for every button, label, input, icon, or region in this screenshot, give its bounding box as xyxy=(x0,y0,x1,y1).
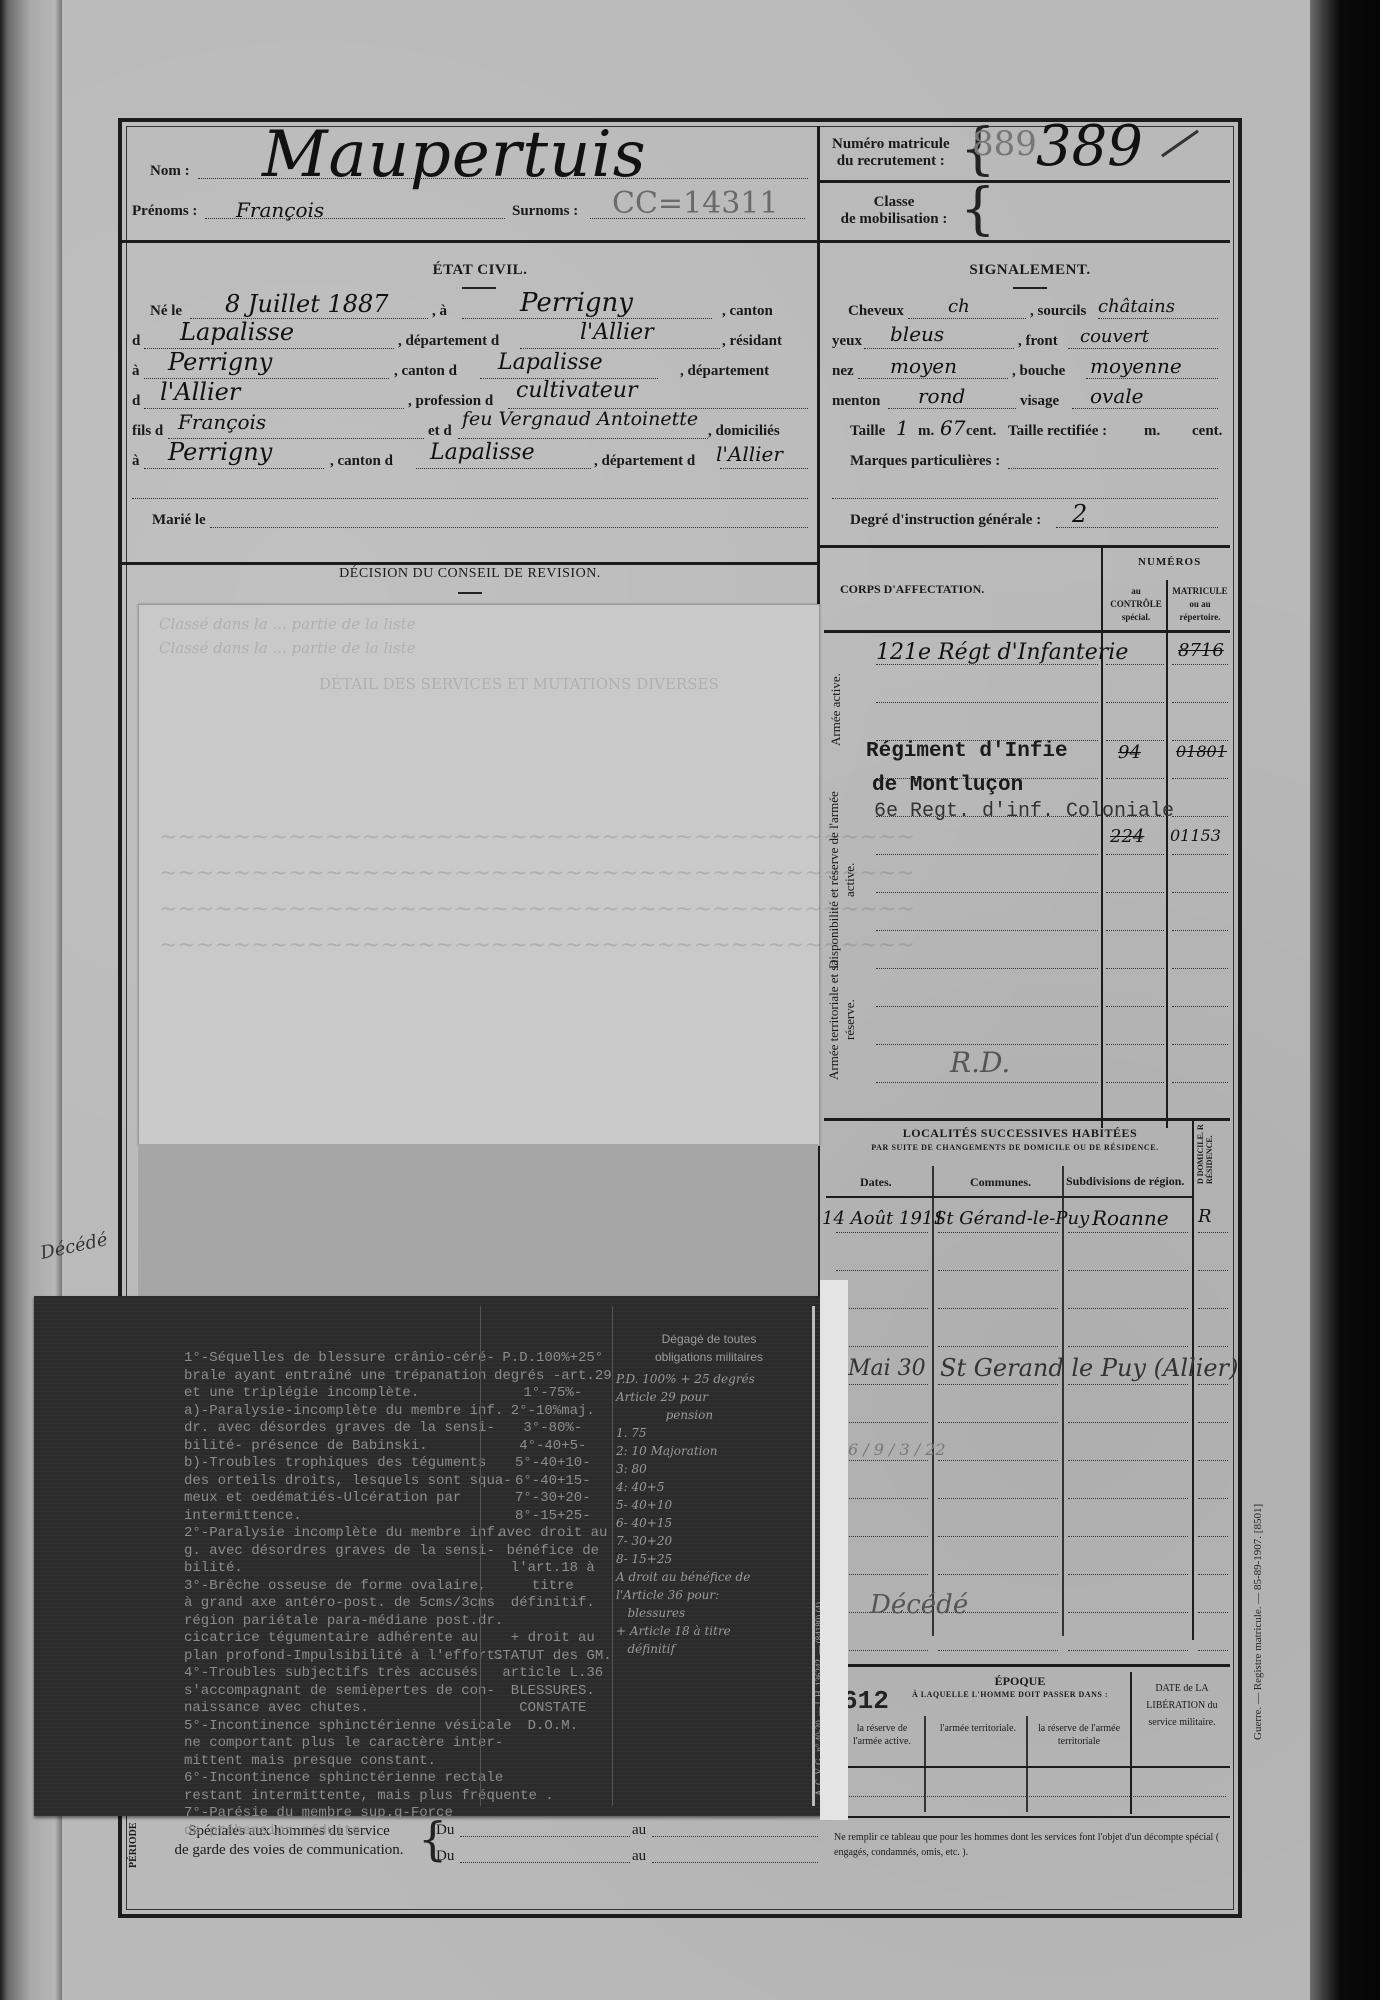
departement-line xyxy=(520,348,720,349)
residant-canton-label: , canton d xyxy=(394,363,457,380)
book-spine xyxy=(1310,0,1380,2000)
visage-label: visage xyxy=(1020,393,1059,410)
ruled-line xyxy=(836,1536,928,1537)
visage-line xyxy=(1072,408,1218,409)
prenoms-label: Prénoms : xyxy=(132,203,197,220)
marie-line xyxy=(210,527,808,528)
ruled-line xyxy=(1172,816,1228,817)
cheveux-label: Cheveux xyxy=(848,303,904,320)
brace-icon: { xyxy=(960,182,996,238)
localites-title: LOCALITÉS SUCCESSIVES HABITÉES xyxy=(870,1126,1170,1141)
ruled-line xyxy=(1068,1612,1188,1613)
localites-subtitle: PAR SUITE DE CHANGEMENTS DE DOMICILE OU … xyxy=(840,1143,1190,1152)
menton-label: menton xyxy=(832,393,880,410)
ruled-line xyxy=(1106,740,1164,741)
classe-label-1: Classe xyxy=(834,194,954,211)
periode-au-line-2 xyxy=(652,1862,818,1863)
ruled-line xyxy=(938,1308,1058,1309)
dom-canton-value: Lapalisse xyxy=(430,440,535,465)
residant-dept-label: , département xyxy=(680,363,769,380)
ruled-line xyxy=(836,1422,928,1423)
ruled-line xyxy=(938,1346,1058,1347)
ne-le-value: 8 Juillet 1887 xyxy=(225,290,389,318)
ruled-line xyxy=(1198,1612,1228,1613)
dom-value: Perrigny xyxy=(168,438,272,466)
ruled-line xyxy=(1172,968,1228,969)
ruled-line xyxy=(1198,1232,1228,1233)
ne-le-label: Né le xyxy=(150,303,182,320)
corps-entry-2: Régiment d'Infie xyxy=(866,740,1068,763)
ruled-line xyxy=(1068,1460,1188,1461)
pasted-paper-grey xyxy=(138,1144,818,1304)
ruled-line xyxy=(1068,1536,1188,1537)
dom-dept-label: , département d xyxy=(594,453,695,470)
taille-cm-value: 67 xyxy=(940,416,965,440)
numero-matricule-label: Numéro matricule du recrutement : xyxy=(832,136,950,170)
column-divider xyxy=(1166,580,1168,1128)
date-liberation-header: DATE de LA LIBÉRATION du service militai… xyxy=(1136,1680,1228,1731)
localite-margin-note: Décédé xyxy=(870,1590,968,1620)
dom-prefix: à xyxy=(132,453,140,470)
ruled-line xyxy=(876,892,1098,893)
ruled-line xyxy=(1172,1006,1228,1007)
corps-entry-4: 6e Regt. d'inf. Coloniale xyxy=(874,800,1174,823)
ruled-line xyxy=(1198,1536,1228,1537)
column-divider xyxy=(480,1306,481,1806)
ruled-line xyxy=(1172,778,1228,779)
nez-label: nez xyxy=(832,363,854,380)
dom-dept-line xyxy=(720,468,808,469)
dom-canton-line xyxy=(416,468,591,469)
bouche-line xyxy=(1086,378,1218,379)
col-dates-header: Dates. xyxy=(860,1175,892,1190)
blank-line xyxy=(132,498,808,499)
departement-label: , département d xyxy=(398,333,499,350)
ruled-line xyxy=(1068,1232,1188,1233)
ruled-line xyxy=(876,968,1098,969)
ruled-line xyxy=(1106,1082,1164,1083)
pension-rates: P.D.100%+25° degrés -art.29 1°-75%- 2°-1… xyxy=(494,1350,612,1735)
divider xyxy=(820,240,1230,243)
ruled-line xyxy=(1068,1650,1188,1651)
localite-commune-1: St Gérand-le-Puy xyxy=(934,1208,1089,1229)
matricule-entry-1: 8716 xyxy=(1178,640,1224,661)
epoque-subtitle: À LAQUELLE L'HOMME DOIT PASSER DANS : xyxy=(880,1690,1140,1699)
ruled-line xyxy=(1198,1270,1228,1271)
ruled-line xyxy=(1068,1574,1188,1575)
localite-date-3: Mai 30 xyxy=(848,1356,926,1381)
divider xyxy=(826,1816,1230,1818)
numero-matricule-value: 389 xyxy=(1036,114,1143,179)
bleed-through-text: ~~~~~~~~~~~~~~~~~~~~~~~~~~~~~~~~~~~~~~~~… xyxy=(159,861,915,886)
ruled-line xyxy=(1198,1346,1228,1347)
controle-entry-2: 94 xyxy=(1118,742,1141,763)
prenoms-value: François xyxy=(236,198,324,222)
ruled-line xyxy=(836,1308,928,1309)
divider xyxy=(122,240,818,243)
column-divider xyxy=(1062,1166,1064,1636)
sourcils-label: , sourcils xyxy=(1030,303,1086,320)
residant-value: Perrigny xyxy=(168,348,272,376)
bleed-through-text: DÉTAIL DES SERVICES ET MUTATIONS DIVERSE… xyxy=(319,675,719,693)
title-rule xyxy=(1013,287,1047,289)
column-divider xyxy=(1130,1672,1132,1814)
nez-value: moyen xyxy=(890,354,957,378)
divider xyxy=(824,1664,1230,1667)
ruled-line xyxy=(1172,930,1228,931)
ruled-line xyxy=(1106,968,1164,969)
taille-rectifiee-cm-label: cent. xyxy=(1192,423,1222,440)
fils-label: fils d xyxy=(132,423,163,440)
birthplace-value: Perrigny xyxy=(520,288,633,318)
menton-value: rond xyxy=(918,384,965,408)
mere-line xyxy=(458,438,708,439)
sourcils-line xyxy=(1098,318,1218,319)
ruled-line xyxy=(938,1498,1058,1499)
numero-matricule-struck: 889 xyxy=(972,124,1037,164)
divider xyxy=(826,1196,1192,1198)
ruled-line xyxy=(1068,1498,1188,1499)
ruled-line xyxy=(938,1384,1058,1385)
epoque-col-2: l'armée territoriale. xyxy=(930,1722,1026,1735)
white-paper-strip xyxy=(820,1280,848,1820)
nom-value: Maupertuis xyxy=(262,118,647,192)
ruled-line xyxy=(938,1232,1058,1233)
residant-label: , résidant xyxy=(722,333,782,350)
localite-commune-3: St Gerand le Puy (Allier) xyxy=(940,1354,1238,1382)
col-dr-header: D DOMICILE. R RÉSIDENCE. xyxy=(1196,1124,1224,1184)
birth-canton-value: Lapalisse xyxy=(180,318,294,346)
column-divider xyxy=(1101,548,1103,1128)
bleed-through-text: Classé dans la ... partie de la liste xyxy=(159,639,416,657)
divider xyxy=(122,562,818,565)
corps-entry-1: 121e Régt d'Infanterie xyxy=(876,640,1128,665)
ruled-line xyxy=(1106,854,1164,855)
epoque-line xyxy=(846,1796,1226,1797)
residant-dept-value: l'Allier xyxy=(160,378,240,406)
col-subdivisions-header: Subdivisions de région. xyxy=(1066,1174,1184,1189)
front-value: couvert xyxy=(1080,326,1149,347)
ruled-line xyxy=(1198,1308,1228,1309)
ruled-line xyxy=(1068,1346,1188,1347)
menton-line xyxy=(888,408,1016,409)
ruled-line xyxy=(1198,1460,1228,1461)
ruled-line xyxy=(1106,930,1164,931)
taille-rectifiee-label: Taille rectifiée : xyxy=(1008,423,1107,440)
divider xyxy=(820,180,1230,183)
ruled-line xyxy=(1068,1308,1188,1309)
title-rule xyxy=(462,287,496,289)
ruled-line xyxy=(836,1460,928,1461)
controle-entry-5: 224 xyxy=(1110,826,1144,847)
periode-du-line-2 xyxy=(460,1862,630,1863)
a-line xyxy=(462,318,712,319)
pere-value: François xyxy=(178,410,266,434)
ruled-line xyxy=(1106,1006,1164,1007)
ruled-line xyxy=(876,1006,1098,1007)
residant-dept-prefix: d xyxy=(132,393,140,410)
ruled-line xyxy=(938,1536,1058,1537)
bleed-through-text: ~~~~~~~~~~~~~~~~~~~~~~~~~~~~~~~~~~~~~~~~… xyxy=(159,897,915,922)
column-divider xyxy=(932,1166,934,1636)
localite-dr-1: R xyxy=(1198,1206,1212,1227)
ruled-line xyxy=(1172,854,1228,855)
col-matricule-header: MATRICULE ou au répertoire. xyxy=(1170,585,1230,624)
classe-label-2: de mobilisation : xyxy=(834,211,954,228)
marques-label: Marques particulières : xyxy=(850,453,1000,470)
periode-du-label-2: Du xyxy=(436,1848,454,1865)
ruled-line xyxy=(938,1422,1058,1423)
ruled-line xyxy=(1068,1422,1188,1423)
ruled-line xyxy=(1106,702,1164,703)
column-divider xyxy=(924,1716,926,1812)
ruled-line xyxy=(836,1384,928,1385)
ruled-line xyxy=(836,1232,928,1233)
yeux-label: yeux xyxy=(832,333,862,350)
ruled-line xyxy=(1106,1044,1164,1045)
ruled-line xyxy=(836,1650,928,1651)
column-divider xyxy=(612,1306,613,1806)
footer-print: Guerre. — Registre matricule. — 85-89-19… xyxy=(1252,1260,1272,1740)
ruled-line xyxy=(836,1498,928,1499)
corps-entry-3: de Montluçon xyxy=(872,774,1023,797)
ruled-line xyxy=(1172,702,1228,703)
pension-slip: 1°-Séquelles de blessure crânio-céré- br… xyxy=(34,1296,834,1816)
front-line xyxy=(1068,348,1218,349)
etat-civil-title: ÉTAT CIVIL. xyxy=(380,262,580,279)
ruled-line xyxy=(1068,1270,1188,1271)
ruled-line xyxy=(1198,1498,1228,1499)
divider xyxy=(820,545,1230,548)
mere-value: feu Vergnaud Antoinette xyxy=(462,408,698,430)
ruled-line xyxy=(836,1346,928,1347)
section-armee-active: Armée active. xyxy=(828,640,844,780)
signalement-title: SIGNALEMENT. xyxy=(920,262,1140,279)
periode-au-label-2: au xyxy=(632,1848,646,1865)
bleed-through-text: ~~~~~~~~~~~~~~~~~~~~~~~~~~~~~~~~~~~~~~~~… xyxy=(159,825,915,850)
matricule-entry-5: 01153 xyxy=(1170,826,1221,845)
ruled-line xyxy=(1198,1422,1228,1423)
classe-label: Classe de mobilisation : xyxy=(834,194,954,228)
bouche-label: , bouche xyxy=(1012,363,1065,380)
taille-rectifiee-m-label: m. xyxy=(1144,423,1160,440)
bleed-through-text: ~~~~~~~~~~~~~~~~~~~~~~~~~~~~~~~~~~~~~~~~… xyxy=(159,933,915,958)
bleed-through-text: Classé dans la ... partie de la liste xyxy=(159,615,416,633)
degre-label: Degré d'instruction générale : xyxy=(850,512,1041,529)
ruled-line xyxy=(1198,1384,1228,1385)
ruled-line xyxy=(1198,1574,1228,1575)
marques-line-2 xyxy=(832,498,1218,499)
ruled-line xyxy=(876,1044,1098,1045)
periode-label: PÉRIODE xyxy=(128,1808,144,1868)
cheveux-value: ch xyxy=(948,296,970,317)
taille-m-value: 1 xyxy=(896,416,909,440)
numeros-header: NUMÉROS xyxy=(1138,556,1201,568)
ruled-line xyxy=(1172,740,1228,741)
numero-matricule-label-1: Numéro matricule xyxy=(832,136,950,153)
divider xyxy=(824,630,1230,633)
ruled-line xyxy=(876,702,1098,703)
ruled-line xyxy=(1172,1082,1228,1083)
ruled-line xyxy=(938,1574,1058,1575)
ruled-line xyxy=(836,1574,928,1575)
residant-dept-line xyxy=(144,408,404,409)
periode-au-label-1: au xyxy=(632,1822,646,1839)
yeux-line xyxy=(864,348,1014,349)
profession-value: cultivateur xyxy=(516,378,638,403)
degage-title: Dégagé de toutes obligations militaires xyxy=(624,1330,794,1366)
yeux-value: bleus xyxy=(890,322,944,346)
ruled-line xyxy=(1068,1384,1188,1385)
dom-canton-label: , canton d xyxy=(330,453,393,470)
ruled-line xyxy=(938,1460,1058,1461)
surnoms-value: CC=14311 xyxy=(612,186,778,221)
conseil-title: DÉCISION DU CONSEIL DE REVISION. xyxy=(250,566,690,582)
degre-value: 2 xyxy=(1072,500,1087,528)
epoque-col-3: la réserve de l'armée territoriale xyxy=(1030,1722,1128,1748)
epoque-col-1: la réserve de l'armée active. xyxy=(846,1722,918,1748)
taille-label: Taille xyxy=(850,423,885,440)
dom-dept-value: l'Allier xyxy=(716,442,783,466)
front-label: , front xyxy=(1018,333,1058,350)
corps-header: CORPS D'AFFECTATION. xyxy=(840,582,984,597)
ruled-line xyxy=(1106,778,1164,779)
ruled-line xyxy=(1172,1044,1228,1045)
birth-departement-value: l'Allier xyxy=(580,320,654,345)
taille-cm-label: cent. xyxy=(966,423,996,440)
periode-text-2: de garde des voies de communication. xyxy=(164,1841,414,1860)
numero-matricule-label-2: du recrutement : xyxy=(832,153,950,170)
pasted-paper-note: Classé dans la ... partie de la liste Cl… xyxy=(138,604,820,1146)
degage-title-1: Dégagé de toutes xyxy=(624,1330,794,1348)
canton-label: , canton xyxy=(722,303,773,320)
ruled-line xyxy=(1106,892,1164,893)
ruled-line xyxy=(938,1650,1058,1651)
nez-line xyxy=(858,378,1008,379)
epoque-title: ÉPOQUE xyxy=(920,1674,1120,1689)
ruled-line xyxy=(1172,664,1228,665)
divider xyxy=(840,1766,1230,1768)
a-label: , à xyxy=(432,303,447,320)
epoque-note: Ne remplir ce tableau que pour les homme… xyxy=(834,1830,1230,1860)
pencil-notes: 6 / 9 / 3 / 22 xyxy=(848,1440,946,1459)
residant-prefix: à xyxy=(132,363,140,380)
ruled-line xyxy=(938,1270,1058,1271)
bouche-value: moyenne xyxy=(1090,354,1182,378)
domicilies-label: , domiciliés xyxy=(708,423,780,440)
localite-date-1: 14 Août 1911 xyxy=(822,1208,945,1229)
ruled-line xyxy=(836,1270,928,1271)
ruled-line xyxy=(1172,892,1228,893)
divider xyxy=(824,1118,1230,1121)
visage-value: ovale xyxy=(1090,384,1144,408)
nom-label: Nom : xyxy=(150,163,190,180)
et-de-label: et d xyxy=(428,423,452,440)
title-rule xyxy=(458,592,482,594)
matricule-entry-2: 01801 xyxy=(1176,742,1227,761)
ruled-line xyxy=(1198,1650,1228,1651)
periode-au-line-1 xyxy=(652,1836,818,1837)
ruled-line xyxy=(876,930,1098,931)
surnoms-label: Surnoms : xyxy=(512,203,578,220)
ruled-line xyxy=(876,1082,1098,1083)
marques-line xyxy=(1008,468,1218,469)
dom-line xyxy=(144,468,324,469)
pension-handwritten-notes: P.D. 100% + 25 degrés Article 29 pour pe… xyxy=(616,1370,755,1658)
ruled-line xyxy=(876,854,1098,855)
marie-label: Marié le xyxy=(152,512,206,529)
col-communes-header: Communes. xyxy=(970,1175,1031,1190)
section-territoriale: Armée territoriale et sa réserve. xyxy=(826,940,866,1100)
col-controle-header: au CONTRÔLE spécial. xyxy=(1108,585,1164,624)
territoriale-note: R.D. xyxy=(950,1046,1010,1079)
cheveux-line xyxy=(908,318,1026,319)
canton-prefix: d xyxy=(132,333,140,350)
degage-title-2: obligations militaires xyxy=(624,1348,794,1366)
localite-subdivision-1: Roanne xyxy=(1092,1206,1169,1230)
sourcils-value: châtains xyxy=(1098,296,1175,317)
residant-canton-value: Lapalisse xyxy=(498,350,603,375)
taille-m-label: m. xyxy=(918,423,934,440)
column-divider xyxy=(1026,1716,1028,1812)
